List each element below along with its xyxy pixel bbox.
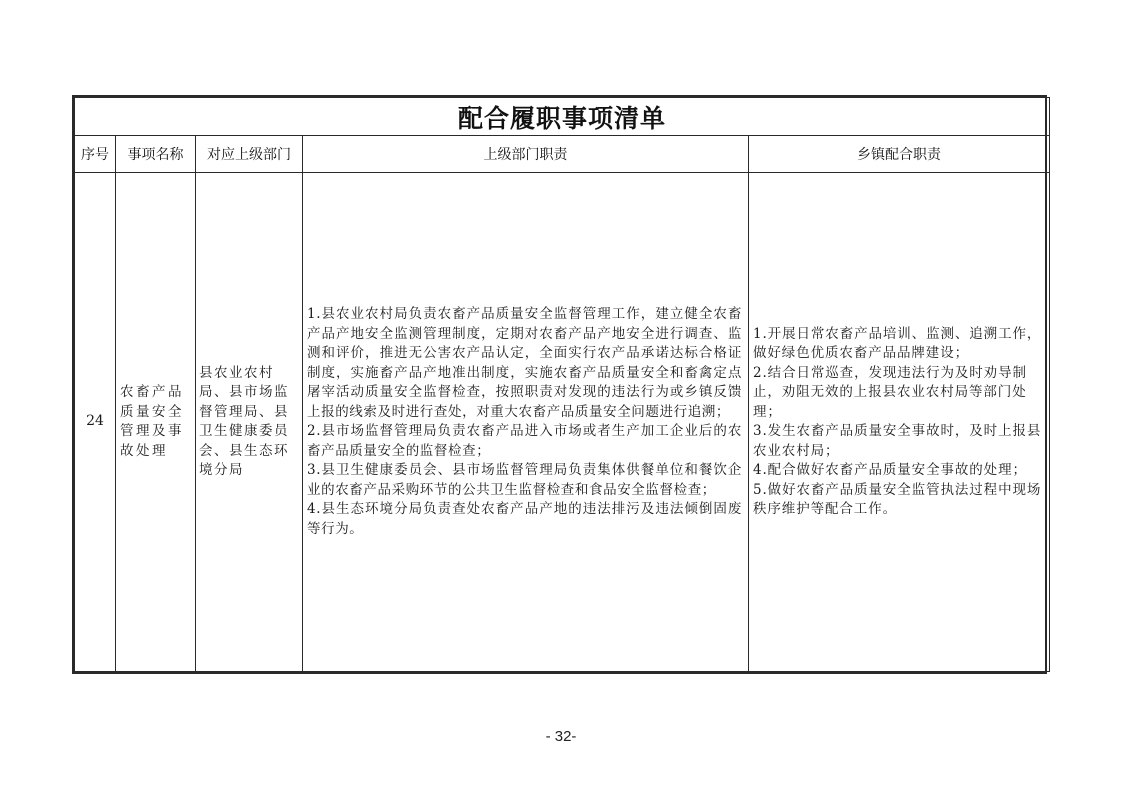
column-header-town-duties: 乡镇配合职责 — [749, 136, 1050, 173]
upper-duty-item: 4.县生态环境分局负责查处农畜产品产地的违法排污及违法倾倒固废等行为。 — [307, 500, 742, 539]
column-header-item-name: 事项名称 — [116, 136, 196, 173]
duty-list-table-frame: 配合履职事项清单 序号 事项名称 对应上级部门 上级部门职责 乡镇配合职责 24… — [72, 95, 1047, 674]
row-departments: 县农业农村局、县市场监督管理局、县卫生健康委员会、县生态环境分局 — [196, 173, 303, 672]
title-row: 配合履职事项清单 — [75, 98, 1050, 136]
document-title: 配合履职事项清单 — [75, 98, 1050, 136]
upper-duty-item: 2.县市场监督管理局负责农畜产品进入市场或者生产加工企业后的农畜产品质量安全的监… — [307, 422, 742, 461]
column-header-index: 序号 — [75, 136, 116, 173]
row-town-duties: 1.开展日常农畜产品培训、监测、追溯工作，做好绿色优质农畜产品品牌建设； 2.结… — [749, 173, 1050, 672]
upper-duty-item: 1.县农业农村局负责农畜产品质量安全监督管理工作，建立健全农畜产品产地安全监测管… — [307, 305, 742, 422]
page-number: - 32- — [0, 728, 1122, 745]
upper-duty-item: 3.县卫生健康委员会、县市场监督管理局负责集体供餐单位和餐饮企业的农畜产品采购环… — [307, 461, 742, 500]
row-index: 24 — [75, 173, 116, 672]
duty-list-table: 配合履职事项清单 序号 事项名称 对应上级部门 上级部门职责 乡镇配合职责 24… — [74, 97, 1050, 672]
town-duty-item: 3.发生农畜产品质量安全事故时，及时上报县农业农村局； — [753, 422, 1043, 461]
town-duty-item: 1.开展日常农畜产品培训、监测、追溯工作，做好绿色优质农畜产品品牌建设； — [753, 325, 1043, 364]
table-row: 24 农畜产品质量安全管理及事故处理 县农业农村局、县市场监督管理局、县卫生健康… — [75, 173, 1050, 672]
town-duty-item: 4.配合做好农畜产品质量安全事故的处理； — [753, 461, 1043, 481]
row-upper-duties: 1.县农业农村局负责农畜产品质量安全监督管理工作，建立健全农畜产品产地安全监测管… — [303, 173, 749, 672]
header-row: 序号 事项名称 对应上级部门 上级部门职责 乡镇配合职责 — [75, 136, 1050, 173]
column-header-departments: 对应上级部门 — [196, 136, 303, 173]
town-duty-item: 2.结合日常巡查，发现违法行为及时劝导制止，劝阻无效的上报县农业农村局等部门处理… — [753, 364, 1043, 423]
town-duty-item: 5.做好农畜产品质量安全监管执法过程中现场秩序维护等配合工作。 — [753, 481, 1043, 520]
column-header-upper-duties: 上级部门职责 — [303, 136, 749, 173]
row-item-name: 农畜产品质量安全管理及事故处理 — [116, 173, 196, 672]
